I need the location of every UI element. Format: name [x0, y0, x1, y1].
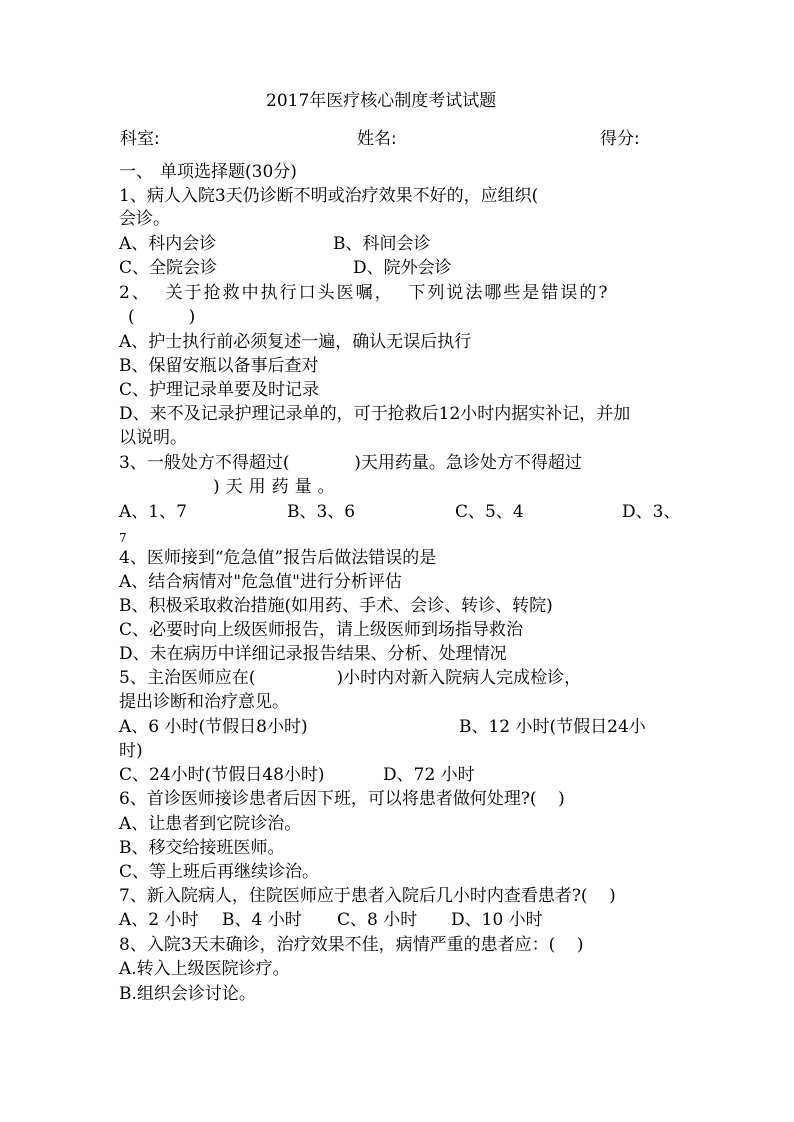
question-4-stem: 4、医师接到“危急值”报告后做法错误的是 — [119, 547, 436, 569]
question-1-option-c: C、全院会诊 — [119, 257, 217, 279]
question-5-stem: 5、主治医师应在( )小时内对新入院病人完成检诊， — [119, 667, 581, 689]
question-8-option-b: B.组织会诊讨论。 — [119, 983, 256, 1005]
question-5-option-b-cont: 时) — [119, 740, 143, 762]
section-heading: 单项选择题(30分) — [160, 161, 297, 183]
question-5-option-a: A、6 小时(节假日8小时) — [119, 716, 308, 738]
question-6-stem: 6、首诊医师接诊患者后因下班，可以将患者做何处理?( ) — [119, 788, 565, 810]
question-1-stem-cont: 会诊。 — [119, 208, 170, 230]
question-3-stem-cont: )天用药量。 — [213, 476, 341, 498]
question-7-stem: 7、新入院病人，住院医师应于患者入院后几小时内查看患者?( ) — [119, 885, 616, 907]
question-8-stem: 8、入院3天未确诊，治疗效果不佳，病情严重的患者应：( ) — [119, 934, 584, 956]
document-title: 2017年医疗核心制度考试试题 — [266, 90, 496, 112]
question-1-stem: 1、病人入院3天仍诊断不明或治疗效果不好的，应组织( — [119, 185, 538, 207]
question-6-option-b: B、移交给接班医师。 — [119, 837, 285, 859]
question-5-option-d: D、72 小时 — [383, 764, 475, 786]
section-number: 一、 — [119, 161, 153, 183]
question-1-option-d: D、院外会诊 — [353, 257, 452, 279]
exam-page: 2017年医疗核心制度考试试题 科室: 姓名: 得分: 一、 单项选择题(30分… — [0, 0, 794, 1122]
question-5-option-b: B、12 小时(节假日24小 — [459, 716, 646, 738]
question-4-option-b: B、积极采取救治措施(如用药、手术、会诊、转诊、转院) — [119, 595, 553, 617]
question-1-option-b: B、科间会诊 — [333, 233, 431, 255]
score-field-label: 得分: — [600, 128, 640, 150]
question-7-option-d: D、10 小时 — [451, 909, 543, 931]
question-2-option-d-cont: 以说明。 — [119, 427, 187, 449]
question-1-option-a: A、科内会诊 — [119, 233, 216, 255]
question-5-option-c: C、24小时(节假日48小时) — [119, 764, 325, 786]
question-7-option-b: B、4 小时 — [222, 909, 302, 931]
question-6-option-c: C、等上班后再继续诊治。 — [119, 861, 319, 883]
question-4-option-d: D、未在病历中详细记录报告结果、分析、处理情况 — [119, 643, 507, 665]
question-3-option-d: D、3、 — [622, 501, 680, 523]
question-2-stem: 2、 关于抢救中执行口头医嘱， 下列说法哪些是错误的? — [119, 282, 610, 304]
question-8-option-a: A.转入上级医院诊疗。 — [119, 958, 290, 980]
question-3-option-d-cont: 7 — [119, 527, 127, 549]
question-7-option-a: A、2 小时 — [119, 909, 199, 931]
question-2-option-c: C、护理记录单要及时记录 — [119, 379, 319, 401]
question-6-option-a: A、让患者到它院诊治。 — [119, 813, 301, 835]
name-field-label: 姓名: — [357, 128, 397, 150]
question-3-option-b: B、3、6 — [287, 501, 355, 523]
department-field-label: 科室: — [120, 128, 160, 150]
question-2-option-b: B、保留安瓶以备事后查对 — [119, 355, 319, 377]
question-2-option-a: A、护士执行前必须复述一遍，确认无误后执行 — [119, 331, 471, 353]
question-5-stem-cont: 提出诊断和治疗意见。 — [119, 691, 289, 713]
question-7-option-c: C、8 小时 — [337, 909, 417, 931]
question-3-stem: 3、一般处方不得超过( )天用药量。急诊处方不得超过 — [119, 452, 582, 474]
question-4-option-a: A、结合病情对"危急值"进行分析评估 — [119, 571, 402, 593]
question-3-option-a: A、1、7 — [119, 501, 187, 523]
question-2-option-d: D、来不及记录护理记录单的，可于抢救后12小时内据实补记，并加 — [119, 403, 630, 425]
question-4-option-c: C、必要时向上级医师报告，请上级医师到场指导救治 — [119, 619, 523, 641]
question-2-answer-blank: ( ) — [128, 306, 195, 328]
question-3-option-c: C、5、4 — [455, 501, 524, 523]
